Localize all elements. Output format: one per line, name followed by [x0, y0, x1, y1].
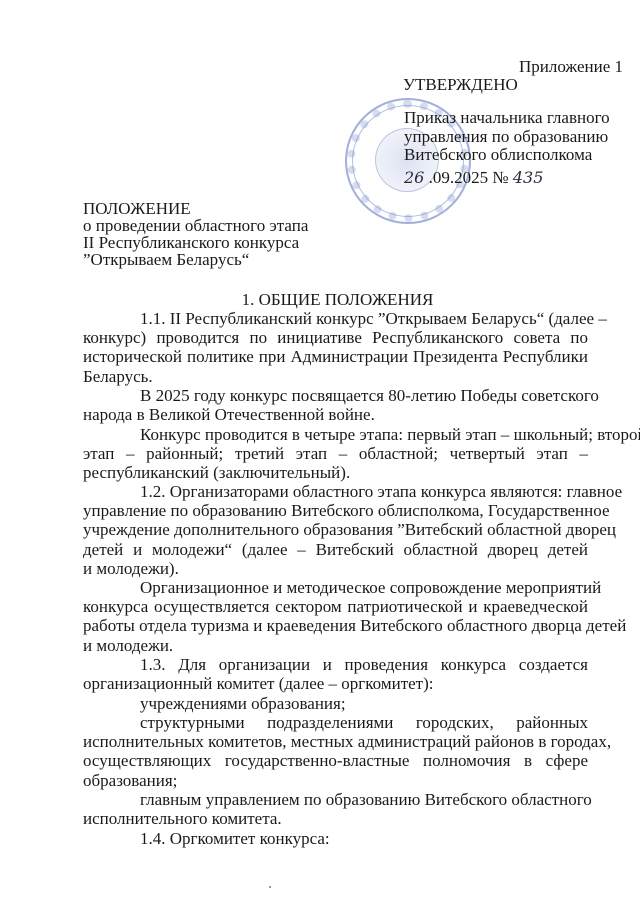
paragraph-1-3: 1.3. Для организации и проведения конкур… [83, 655, 588, 693]
order-line-2: управления по образованию [404, 127, 608, 146]
doc-subtitle-3: ”Открываем Беларусь“ [83, 250, 249, 269]
order-date-printed: .09.2025 № [429, 168, 509, 187]
order-line-1: Приказ начальника главного [404, 108, 610, 127]
appendix-label: Приложение 1 [519, 57, 623, 76]
paragraph-1-1: 1.1. II Республиканский конкурс ”Открыва… [83, 309, 588, 386]
approved-label: УТВЕРЖДЕНО [403, 75, 518, 94]
scan-speck [269, 886, 271, 888]
order-line-3: Витебского облисполкома [404, 145, 592, 164]
paragraph-main-department: главным управлением по образованию Витеб… [83, 790, 588, 828]
paragraph-stages: Конкурс проводится в четыре этапа: первы… [83, 425, 588, 483]
paragraph-institutions: учреждениями образования; [83, 694, 588, 713]
handwritten-number: 435 [513, 168, 544, 187]
handwritten-day: 26 [404, 168, 424, 187]
paragraph-structural-units: структурными подразделениями городских, … [83, 713, 588, 790]
paragraph-2025: В 2025 году конкурс посвящается 80-летию… [83, 386, 588, 424]
paragraph-support: Организационное и методическое сопровожд… [83, 578, 588, 655]
paragraph-1-4: 1.4. Оргкомитет конкурса: [83, 829, 588, 848]
section-heading: 1. ОБЩИЕ ПОЛОЖЕНИЯ [0, 290, 640, 309]
order-date-line: 26 .09.2025 № 435 [404, 168, 543, 187]
paragraph-1-2: 1.2. Организаторами областного этапа кон… [83, 482, 588, 578]
